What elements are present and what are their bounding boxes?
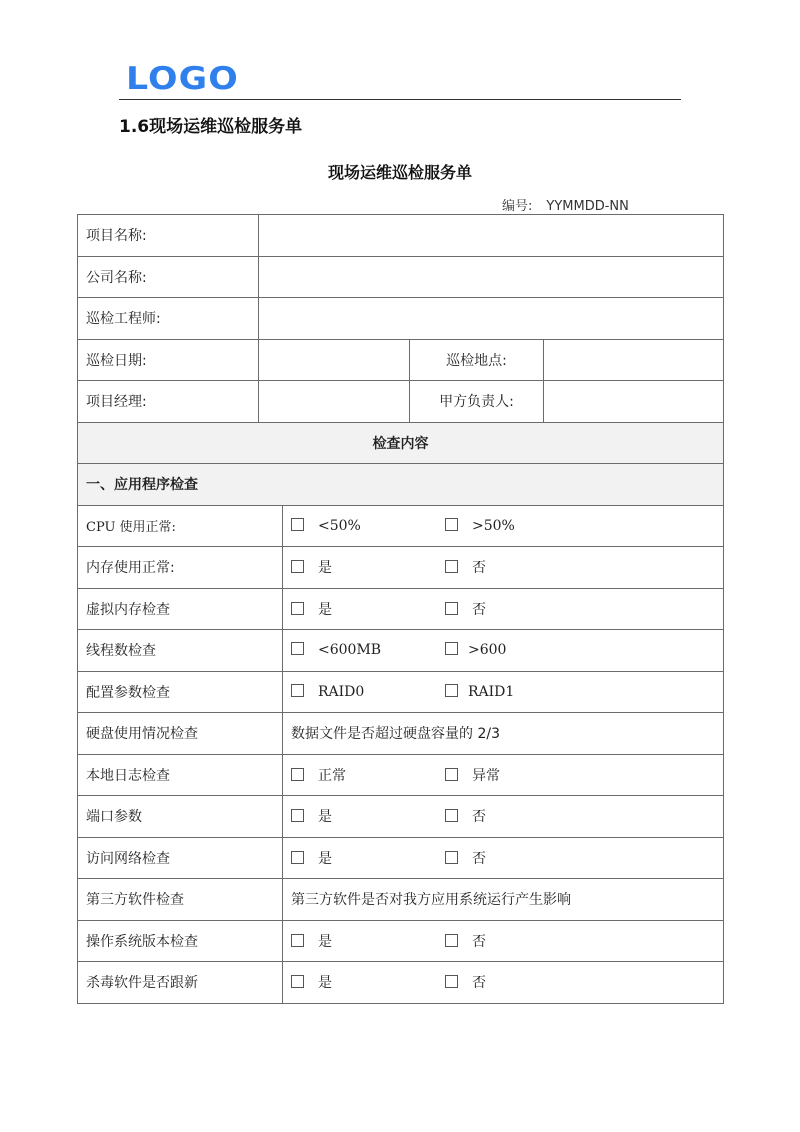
info-row-engineer: 巡检工程师:	[78, 298, 724, 340]
option-2-label: >50%	[472, 518, 515, 534]
check-options: 是否	[283, 920, 724, 962]
serial-number: 编号:YYMMDD-NN	[502, 195, 629, 214]
check-label-text: CPU 使用正常:	[86, 520, 176, 535]
option-2[interactable]: 否	[445, 972, 599, 992]
inspection-date-field[interactable]	[259, 339, 410, 381]
option-1-label: RAID0	[318, 684, 364, 700]
check-row: 线程数检查 <600MB>600	[78, 630, 724, 672]
logo: LOGO	[126, 62, 239, 96]
check-row: CPU 使用正常: <50%>50%	[78, 505, 724, 547]
option-1[interactable]: <50%	[291, 518, 445, 534]
option-1[interactable]: 是	[291, 972, 445, 992]
section1-row: 一、应用程序检查	[78, 464, 724, 506]
option-2[interactable]: >600	[445, 642, 599, 658]
check-row: 虚拟内存检查 是否	[78, 588, 724, 630]
option-2[interactable]: 否	[445, 599, 599, 619]
checkbox-icon[interactable]	[445, 768, 458, 781]
project-name-field[interactable]	[259, 215, 724, 257]
option-1-label: 是	[318, 934, 332, 950]
option-1[interactable]: 是	[291, 848, 445, 868]
checkbox-icon[interactable]	[291, 809, 304, 822]
check-label: 本地日志检查	[78, 754, 283, 796]
check-row: 第三方软件检查 第三方软件是否对我方应用系统运行产生影响	[78, 879, 724, 921]
client-contact-field[interactable]	[544, 381, 724, 423]
check-label: 杀毒软件是否跟新	[78, 962, 283, 1004]
option-1[interactable]: RAID0	[291, 684, 445, 700]
check-description: 数据文件是否超过硬盘容量的 2/3	[283, 713, 724, 755]
check-options: 是否	[283, 588, 724, 630]
inspection-form-table: 项目名称: 公司名称: 巡检工程师: 巡检日期: 巡检地点: 项目经理: 甲方负…	[77, 214, 724, 1004]
option-1-label: 是	[318, 809, 332, 825]
check-options: 是否	[283, 547, 724, 589]
check-label: CPU 使用正常:	[78, 505, 283, 547]
checkbox-icon[interactable]	[445, 851, 458, 864]
option-1-label: <600MB	[318, 642, 381, 658]
option-2-label: 否	[472, 809, 486, 825]
checkbox-icon[interactable]	[291, 975, 304, 988]
check-options: 正常异常	[283, 754, 724, 796]
checkbox-icon[interactable]	[445, 975, 458, 988]
option-1[interactable]: 是	[291, 931, 445, 951]
check-row: 配置参数检查 RAID0RAID1	[78, 671, 724, 713]
checkbox-icon[interactable]	[291, 518, 304, 531]
checkbox-icon[interactable]	[445, 934, 458, 947]
option-2[interactable]: 异常	[445, 765, 599, 785]
option-2[interactable]: RAID1	[445, 684, 599, 700]
engineer-label: 巡检工程师:	[78, 298, 259, 340]
option-1-label: 正常	[318, 768, 346, 784]
check-label: 硬盘使用情况检查	[78, 713, 283, 755]
check-label: 端口参数	[78, 796, 283, 838]
checkbox-icon[interactable]	[291, 642, 304, 655]
option-1-label: 是	[318, 975, 332, 991]
check-label: 内存使用正常:	[78, 547, 283, 589]
checkbox-icon[interactable]	[445, 642, 458, 655]
option-1-label: 是	[318, 602, 332, 618]
option-2-label: 否	[472, 851, 486, 867]
checkbox-icon[interactable]	[291, 560, 304, 573]
check-row: 端口参数 是否	[78, 796, 724, 838]
option-2-label: 否	[472, 602, 486, 618]
project-manager-field[interactable]	[259, 381, 410, 423]
info-row-date-location: 巡检日期: 巡检地点:	[78, 339, 724, 381]
check-row: 访问网络检查 是否	[78, 837, 724, 879]
inspection-date-label: 巡检日期:	[78, 339, 259, 381]
check-label: 虚拟内存检查	[78, 588, 283, 630]
checkbox-icon[interactable]	[291, 768, 304, 781]
option-2[interactable]: 否	[445, 931, 599, 951]
option-1[interactable]: 是	[291, 557, 445, 577]
check-options: <50%>50%	[283, 505, 724, 547]
project-name-label: 项目名称:	[78, 215, 259, 257]
check-label: 线程数检查	[78, 630, 283, 672]
option-1-label: <50%	[318, 518, 361, 534]
option-1[interactable]: 是	[291, 806, 445, 826]
check-label: 第三方软件检查	[78, 879, 283, 921]
option-2-label: 否	[472, 975, 486, 991]
option-2-label: >600	[468, 642, 506, 658]
info-row-manager-contact: 项目经理: 甲方负责人:	[78, 381, 724, 423]
checkbox-icon[interactable]	[291, 934, 304, 947]
check-description: 第三方软件是否对我方应用系统运行产生影响	[283, 879, 724, 921]
checkbox-icon[interactable]	[445, 684, 458, 697]
option-2[interactable]: 否	[445, 806, 599, 826]
serial-label: 编号:	[502, 199, 532, 214]
check-row: 操作系统版本检查 是否	[78, 920, 724, 962]
option-2-label: 否	[472, 560, 486, 576]
checkbox-icon[interactable]	[291, 602, 304, 615]
check-row: 本地日志检查 正常异常	[78, 754, 724, 796]
check-label: 操作系统版本检查	[78, 920, 283, 962]
check-options: RAID0RAID1	[283, 671, 724, 713]
project-manager-label: 项目经理:	[78, 381, 259, 423]
checkbox-icon[interactable]	[445, 602, 458, 615]
checkbox-icon[interactable]	[291, 851, 304, 864]
content-header-row: 检查内容	[78, 422, 724, 464]
checkbox-icon[interactable]	[445, 809, 458, 822]
option-1[interactable]: <600MB	[291, 642, 445, 658]
option-1-label: 是	[318, 851, 332, 867]
checkbox-icon[interactable]	[445, 518, 458, 531]
option-1-label: 是	[318, 560, 332, 576]
engineer-field[interactable]	[259, 298, 724, 340]
client-contact-label: 甲方负责人:	[410, 381, 544, 423]
check-label: 访问网络检查	[78, 837, 283, 879]
check-options: <600MB>600	[283, 630, 724, 672]
check-row: 硬盘使用情况检查 数据文件是否超过硬盘容量的 2/3	[78, 713, 724, 755]
check-row: 杀毒软件是否跟新 是否	[78, 962, 724, 1004]
inspection-location-field[interactable]	[544, 339, 724, 381]
option-1[interactable]: 是	[291, 599, 445, 619]
option-2[interactable]: 否	[445, 557, 599, 577]
form-title: 现场运维巡检服务单	[0, 160, 800, 183]
section1-title: 一、应用程序检查	[78, 464, 724, 506]
check-row: 内存使用正常: 是否	[78, 547, 724, 589]
check-options: 是否	[283, 837, 724, 879]
company-name-field[interactable]	[259, 256, 724, 298]
check-options: 是否	[283, 796, 724, 838]
option-2[interactable]: >50%	[445, 518, 599, 534]
option-2[interactable]: 否	[445, 848, 599, 868]
info-row-company-name: 公司名称:	[78, 256, 724, 298]
checkbox-icon[interactable]	[291, 684, 304, 697]
content-header: 检查内容	[78, 422, 724, 464]
option-2-label: RAID1	[468, 684, 514, 700]
check-label: 配置参数检查	[78, 671, 283, 713]
option-2-label: 异常	[472, 768, 500, 784]
inspection-location-label: 巡检地点:	[410, 339, 544, 381]
option-2-label: 否	[472, 934, 486, 950]
company-name-label: 公司名称:	[78, 256, 259, 298]
option-1[interactable]: 正常	[291, 765, 445, 785]
check-options: 是否	[283, 962, 724, 1004]
serial-value: YYMMDD-NN	[546, 199, 628, 214]
header-divider	[119, 99, 681, 100]
section-heading: 1.6现场运维巡检服务单	[119, 112, 302, 137]
info-row-project-name: 项目名称:	[78, 215, 724, 257]
checkbox-icon[interactable]	[445, 560, 458, 573]
